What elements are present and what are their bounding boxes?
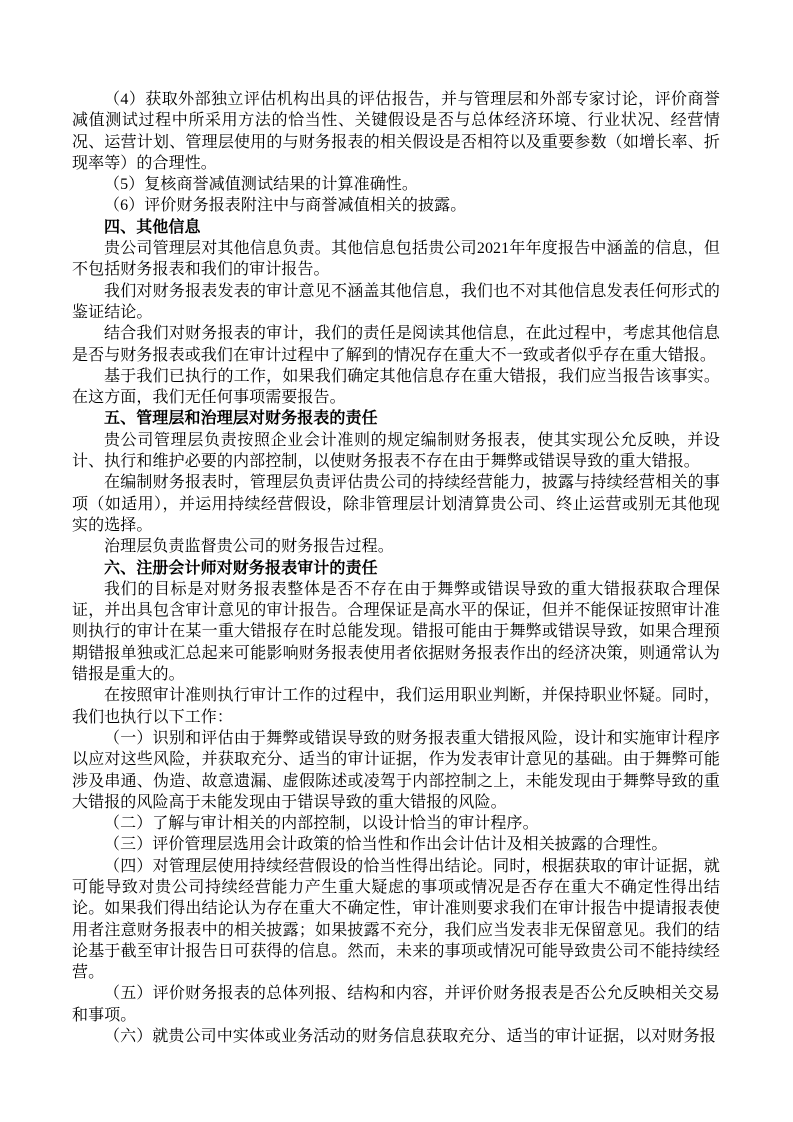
paragraph-read-other-information: 结合我们对财务报表的审计，我们的责任是阅读其他信息，在此过程中，考虑其他信息是否… bbox=[72, 323, 720, 366]
paragraph-report-misstatement-fact: 基于我们已执行的工作，如果我们确定其他信息存在重大错报，我们应当报告该事实。在这… bbox=[72, 366, 720, 409]
paragraph-going-concern-conclusion: （四）对管理层使用持续经营假设的恰当性得出结论。同时，根据获取的审计证据，就可能… bbox=[72, 856, 720, 984]
paragraph-audit-objective: 我们的目标是对财务报表整体是否不存在由于舞弊或错误导致的重大错报获取合理保证，并… bbox=[72, 579, 720, 685]
paragraph-audit-opinion-scope: 我们对财务报表发表的审计意见不涵盖其他信息，我们也不对其他信息发表任何形式的鉴证… bbox=[72, 281, 720, 324]
paragraph-entity-financial-information: （六）就贵公司中实体或业务活动的财务信息获取充分、适当的审计证据，以对财务报 bbox=[72, 1026, 720, 1047]
paragraph-governance-oversight: 治理层负责监督贵公司的财务报告过程。 bbox=[72, 536, 720, 557]
paragraph-risk-identification: （一）识别和评估由于舞弊或错误导致的财务报表重大错报风险，设计和实施审计程序以应… bbox=[72, 728, 720, 813]
document-page: （4）获取外部独立评估机构出具的评估报告，并与管理层和外部专家讨论，评价商誉减值… bbox=[0, 0, 793, 1122]
paragraph-overall-presentation: （五）评价财务报表的总体列报、结构和内容，并评价财务报表是否公允反映相关交易和事… bbox=[72, 983, 720, 1026]
paragraph-goodwill-procedure-4: （4）获取外部独立评估机构出具的评估报告，并与管理层和外部专家讨论，评价商誉减值… bbox=[72, 89, 720, 174]
paragraph-management-prepare-statements: 贵公司管理层负责按照企业会计准则的规定编制财务报表，使其实现公允反映，并设计、执… bbox=[72, 430, 720, 473]
paragraph-goodwill-procedure-6: （6）评价财务报表附注中与商誉减值相关的披露。 bbox=[72, 195, 720, 216]
heading-section-management-responsibility: 五、管理层和治理层对财务报表的责任 bbox=[72, 408, 720, 429]
paragraph-professional-judgment: 在按照审计准则执行审计工作的过程中，我们运用职业判断，并保持职业怀疑。同时，我们… bbox=[72, 685, 720, 728]
paragraph-going-concern-assessment: 在编制财务报表时，管理层负责评估贵公司的持续经营能力，披露与持续经营相关的事项（… bbox=[72, 472, 720, 536]
heading-section-other-information: 四、其他信息 bbox=[72, 217, 720, 238]
heading-section-auditor-responsibility: 六、注册会计师对财务报表审计的责任 bbox=[72, 558, 720, 579]
paragraph-other-info-responsibility: 贵公司管理层对其他信息负责。其他信息包括贵公司2021年年度报告中涵盖的信息，但… bbox=[72, 238, 720, 281]
paragraph-accounting-policy-evaluation: （三）评价管理层选用会计政策的恰当性和作出会计估计及相关披露的合理性。 bbox=[72, 834, 720, 855]
paragraph-goodwill-procedure-5: （5）复核商誉减值测试结果的计算准确性。 bbox=[72, 174, 720, 195]
paragraph-internal-control-understanding: （二）了解与审计相关的内部控制，以设计恰当的审计程序。 bbox=[72, 813, 720, 834]
